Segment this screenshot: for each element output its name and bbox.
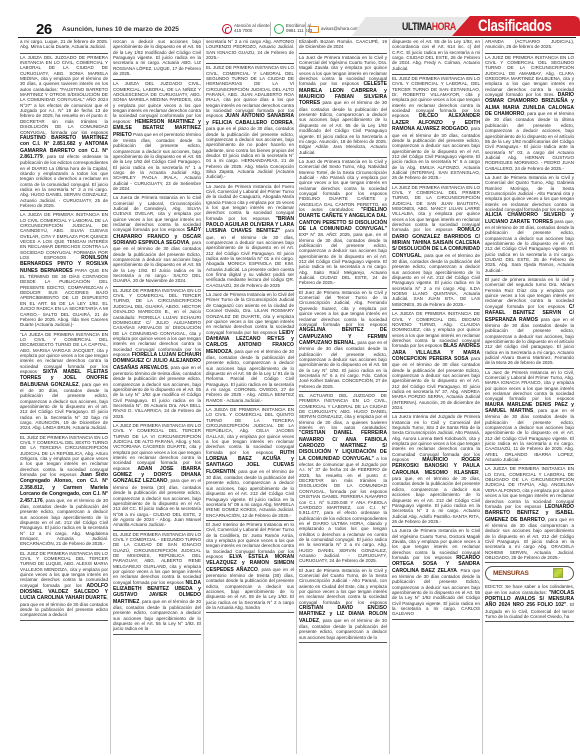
edict: ARANDA (ACTUARIO JUDICIAL), Asunción, 26… (485, 39, 574, 54)
whatsapp-icon (274, 24, 284, 34)
edict: El Juez de Primera Instancia en lo Civil… (299, 290, 387, 392)
mensura-edict: EDICTO: Se hace saber a los colindantes,… (485, 584, 574, 622)
edict: a mi cargo. Luque, 21 de febrero de 2025… (20, 39, 108, 54)
mensuras-section-header: MENSURAS (485, 566, 574, 581)
edict: LA JUEZA DEL JUZGADO DE PRIMERA INSTANCI… (20, 55, 108, 212)
phone-icon (222, 24, 232, 34)
column-4: Elizabeth Bozam Román. CAACUPÉ, 19 de Di… (297, 39, 390, 754)
column-6: ARANDA (ACTUARIO JUDICIAL), Asunción, 26… (483, 39, 576, 754)
page-header: 26 Asunción, lunes 10 de marzo de 2025 A… (0, 0, 580, 36)
edict: Elizabeth Bozam Román. CAACUPÉ, 19 de Di… (299, 39, 387, 54)
edict: LA JUEZ DE PRIMERA INSTANCIA EN LO CIVIL… (485, 55, 574, 174)
classifieds-columns: a mi cargo. Luque, 21 de febrero de 2025… (18, 39, 576, 754)
edict: dispuesto en el Art. 55 de la Ley 1/92, … (392, 39, 480, 75)
column-2: rezcan a deducir sus acciones bajo aperc… (111, 39, 204, 754)
edict: LA JUEZA DE PRIMERA INSTANCIA EN LO CIVI… (20, 212, 108, 330)
column-1: a mi cargo. Luque, 21 de febrero de 2025… (18, 39, 111, 754)
edict: La Juez de Primera Instancia en lo Civil… (299, 55, 387, 158)
column-5: dispuesto en el Art. 55 de la Ley 1/92, … (390, 39, 483, 754)
edict: El Juez de Primera Instancia en lo Civil… (299, 568, 387, 643)
edict: LA JUEZ DE PRIMERA INSTANCIA EN LO CIVIL… (392, 185, 480, 311)
edict: La Jueza de Primera Instancia en lo Civi… (113, 195, 201, 287)
edict: LA JUEZA DE PRIMERA INSTANCIA DE CIVIL Y… (392, 311, 480, 413)
mail-icon (309, 26, 319, 33)
contact-value: 415 7000 (234, 28, 252, 33)
edict: La Juez de Primera Instancia en lo Civil… (206, 292, 294, 406)
edict: El juez de primera instancia en lo civil… (485, 277, 574, 369)
edict: EL JUEZ DE PRIMERA INSTANCIA EN LO CIVIL… (206, 65, 294, 182)
edict: La Juez de Primera Instancia en lo Civil… (485, 370, 574, 466)
brand-logo: ULTIMAHORA (402, 21, 456, 33)
edict: La Jueza de Primera Instancia del Fuero … (206, 184, 294, 292)
edict: EL JUEZ DE PRIMERA INSTANCIA EN LO CIVIL… (113, 532, 201, 635)
contact-customer-service[interactable]: Atención al cliente: 415 7000 (222, 22, 271, 36)
edict: La Juez de Primera Instancia en lo Civil… (485, 175, 574, 276)
edict: rezcan a deducir sus acciones bajo aperc… (113, 39, 201, 80)
edict: LA JUEZA DE PRIMERA INSTANCIA EN LO CIVI… (206, 407, 294, 521)
edict: secretaría N° 2 a mi cargo Abg. ANTONIO … (206, 39, 294, 64)
edict: EL JUEZ DE PRIMERA INSTANCIA EN LO CIVIL… (113, 288, 201, 422)
edict: LA JUEZA DE PRIMERA INSTANCIA EN LO CIVI… (485, 466, 574, 563)
edict: EL JUEZ DE PRIMERA INSTANCIA EN LO CIVIL… (20, 551, 108, 621)
edict: La Jueza Interina del Juzgado de Primera… (392, 414, 480, 527)
column-6-edicts: ARANDA (ACTUARIO JUDICIAL), Asunción, 26… (485, 39, 574, 563)
edict: EL JUEZ DE PRIMERA INSTANCIA EN LO CIVIL… (20, 435, 108, 550)
page-number: 26 (36, 21, 52, 38)
edict: La Jueza de Primera Instancia en lo Civi… (392, 528, 480, 620)
edict: EL ACTUARIO DEL JUZGADO DE PRIMERA INSTA… (299, 393, 387, 567)
column-3: secretaría N° 2 a mi cargo Abg. ANTONIO … (204, 39, 297, 754)
map-icon (553, 568, 563, 578)
edict: EL JUEZ DE PRIMERA INSTANCIA EN LO CIVIL… (392, 76, 480, 184)
edict: "LA JUEZA DE PRIMERA INSTANCIA EN LO CIV… (20, 332, 108, 434)
edict: LA JUEZ DE PRIMERA INSTANCIA EN LO CIVIL… (113, 423, 201, 531)
edict: El Juez Interino de Primera Instancia en… (206, 522, 294, 614)
edict: LA JUEZA DEL JUZGADO CIVIL, COMERCIAL, L… (113, 81, 201, 194)
header-divider (18, 37, 576, 38)
page-date: Asunción, lunes 10 de marzo de 2025 (62, 26, 179, 33)
mensuras-label: MENSURAS (493, 570, 529, 577)
section-title: Clasificados (478, 16, 551, 36)
edict: La Juez de Primera Instancia en lo Civil… (299, 159, 387, 289)
